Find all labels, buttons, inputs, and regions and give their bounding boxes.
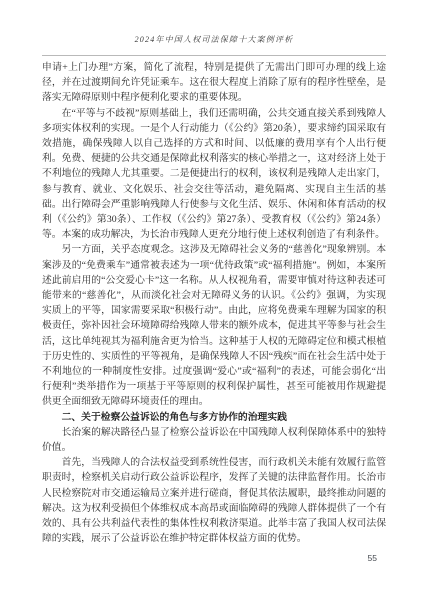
paragraph: 首先，当残障人的合法权益受到系统性侵害，而行政机关未能有效履行监管职责时，检察机… xyxy=(42,455,386,546)
running-header: 2024年中国人权司法保障十大案例评析 xyxy=(42,34,386,45)
section-heading: 二、关于检察公益诉讼的角色与多方协作的治理实践 xyxy=(42,410,386,425)
page-body: 申请+上门办理”方案，简化了流程，特别是提供了无需出门即可办理的线上途径，并在过… xyxy=(42,60,386,547)
paragraph: 长治案的解决路径凸显了检察公益诉讼在中国残障人权利保障体系中的独特价值。 xyxy=(42,425,386,455)
page-number: 55 xyxy=(368,553,377,563)
document-page: 2024年中国人权司法保障十大案例评析 申请+上门办理”方案，简化了流程，特别是… xyxy=(0,0,427,601)
header-divider xyxy=(42,55,386,56)
paragraph: 另一方面，关乎态度观念。这涉及无障碍社会义务的“慈善化”现象辨别。本案涉及的“免… xyxy=(42,242,386,409)
paragraph: 在“平等与不歧视”原则基础上，我们还需明确，公共交通直接关系到残障人多项实体权利… xyxy=(42,106,386,243)
paragraph-continuation: 申请+上门办理”方案，简化了流程，特别是提供了无需出门即可办理的线上途径，并在过… xyxy=(42,60,386,106)
